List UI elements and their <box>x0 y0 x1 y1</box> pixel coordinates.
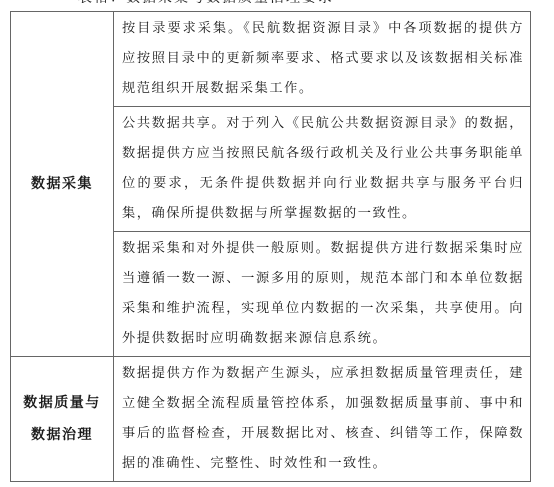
table-row: 数据采集 按目录要求采集。《民航数据资源目录》中各项数据的提供方应按照目录中的更… <box>11 12 531 107</box>
section-label-data-quality: 数据质量与 数据治理 <box>11 357 114 482</box>
label-line-2: 数据治理 <box>12 419 112 451</box>
requirements-table: 数据采集 按目录要求采集。《民航数据资源目录》中各项数据的提供方应按照目录中的更… <box>10 11 531 482</box>
row-catalog-collection: 按目录要求采集。《民航数据资源目录》中各项数据的提供方应按照目录中的更新频率要求… <box>114 12 531 107</box>
table-row: 数据质量与 数据治理 数据提供方作为数据产生源头，应承担数据质量管理责任，建立健… <box>11 357 531 482</box>
section-label-data-collection: 数据采集 <box>11 12 114 357</box>
label-line-1: 数据质量与 <box>12 387 112 419</box>
truncated-heading: 表格：数据采集与数据质量治理要求 <box>78 0 334 3</box>
row-public-data-sharing: 公共数据共享。对于列入《民航公共数据资源目录》的数据，数据提供方应当按照民航各级… <box>114 107 531 232</box>
row-general-principles: 数据采集和对外提供一般原则。数据提供方进行数据采集时应当遵循一数一源、一源多用的… <box>114 232 531 357</box>
row-data-quality: 数据提供方作为数据产生源头，应承担数据质量管理责任，建立健全数据全流程质量管控体… <box>114 357 531 482</box>
